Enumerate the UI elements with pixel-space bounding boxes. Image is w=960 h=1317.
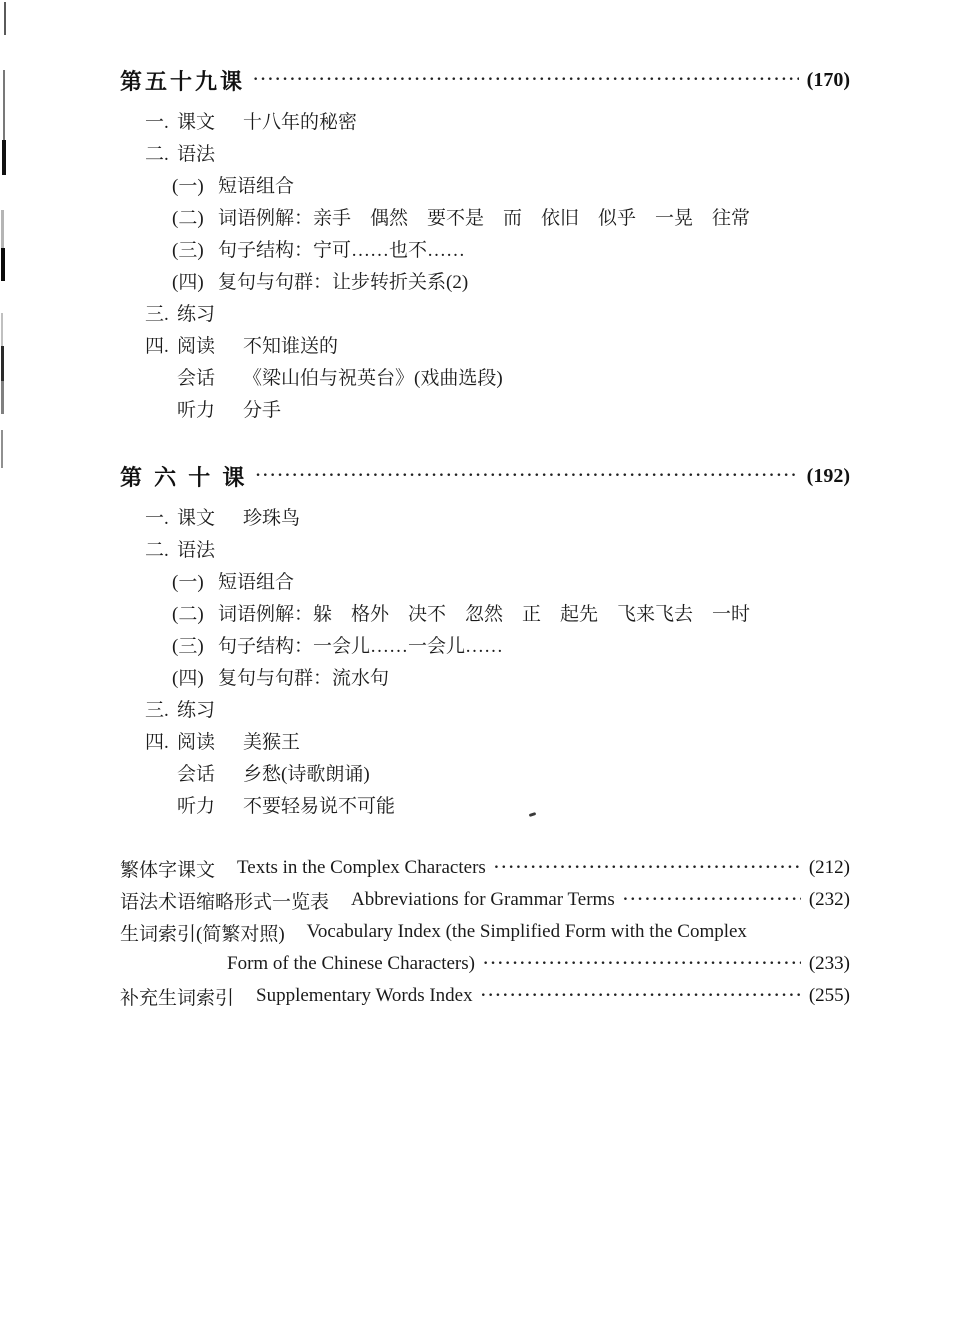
item-content: 十八年的秘密	[243, 107, 357, 134]
toc-item-text: 一.课文十八年的秘密	[120, 104, 850, 136]
toc-item-reading: 四.阅读不知谁送的	[120, 328, 850, 360]
item-content: 不要轻易说不可能	[243, 791, 395, 818]
scan-artifact	[1, 210, 4, 248]
item-label: 词语例解：躲 格外 决不 忽然 正 起先 飞来飞去 一时	[218, 599, 750, 626]
item-marker: 一.	[145, 107, 177, 134]
item-marker: 四.	[145, 331, 177, 358]
toc-item-text: 一.课文珍珠鸟	[120, 500, 850, 532]
entry-title-zh: 繁体字课文	[120, 855, 215, 882]
toc-item-grammar: 二.语法	[120, 136, 850, 168]
toc-subitem: (三)句子结构：宁可……也不……	[120, 232, 850, 264]
scan-artifact	[4, 2, 6, 35]
scan-artifact	[3, 70, 5, 140]
scan-artifact	[1, 346, 4, 381]
item-label: 短语组合	[218, 567, 294, 594]
toc-item-exercise: 三.练习	[120, 692, 850, 724]
item-marker: 四.	[145, 727, 177, 754]
entry-title-en: Form of the Chinese Characters)	[227, 953, 475, 975]
item-label: 会话	[177, 363, 215, 390]
item-label: 语法	[177, 535, 215, 562]
toc-item-reading: 四.阅读美猴王	[120, 724, 850, 756]
item-label: 复句与句群：流水句	[218, 663, 389, 690]
dot-leader: ········································…	[494, 852, 801, 884]
item-content: 分手	[243, 395, 281, 422]
entry-title-zh: 生词索引(简繁对照)	[120, 919, 285, 946]
page-number: (212)	[809, 857, 850, 879]
item-marker: 一.	[145, 503, 177, 530]
scan-artifact	[1, 313, 3, 346]
entry-title-en: Supplementary Words Index	[256, 985, 473, 1007]
lesson-title: 第五十九课	[120, 65, 245, 96]
dot-leader: ········································…	[623, 884, 801, 916]
page-number: (170)	[807, 69, 850, 92]
item-marker: 三.	[145, 695, 177, 722]
item-label: 练习	[177, 695, 215, 722]
item-marker: (一)	[172, 567, 218, 594]
scan-artifact	[2, 140, 6, 175]
backmatter-entry-abbreviations: 语法术语缩略形式一览表Abbreviations for Grammar Ter…	[120, 884, 850, 916]
item-content: 美猴王	[243, 727, 300, 754]
item-label: 句子结构：一会儿……一会儿……	[218, 631, 503, 658]
item-label: 句子结构：宁可……也不……	[218, 235, 465, 262]
backmatter-entry-vocab-index-line2: Form of the Chinese Characters) ········…	[120, 948, 850, 980]
entry-title-en: Vocabulary Index (the Simplified Form wi…	[307, 921, 747, 943]
toc-subitem: (二)词语例解：躲 格外 决不 忽然 正 起先 飞来飞去 一时	[120, 596, 850, 628]
item-label: 阅读	[177, 331, 215, 358]
toc-subitem: (二)词语例解：亲手 偶然 要不是 而 依旧 似乎 一晃 往常	[120, 200, 850, 232]
entry-title-zh: 补充生词索引	[120, 983, 234, 1010]
scan-artifact	[1, 430, 3, 468]
item-label: 听力	[177, 791, 215, 818]
item-marker: (三)	[172, 631, 218, 658]
item-label: 词语例解：亲手 偶然 要不是 而 依旧 似乎 一晃 往常	[218, 203, 750, 230]
entry-title-zh: 语法术语缩略形式一览表	[120, 887, 329, 914]
toc-item-exercise: 三.练习	[120, 296, 850, 328]
item-label: 课文	[177, 503, 215, 530]
scan-artifact	[1, 248, 5, 281]
dot-leader: ········································…	[483, 948, 801, 980]
toc-item-conversation: 会话乡愁(诗歌朗诵)	[120, 756, 850, 788]
page-number: (192)	[807, 465, 850, 488]
entry-title-en: Abbreviations for Grammar Terms	[351, 889, 615, 911]
item-marker: 三.	[145, 299, 177, 326]
page-number: (255)	[809, 985, 850, 1007]
toc-subitem: (一)短语组合	[120, 168, 850, 200]
lesson-60-heading: 第 六 十 课 ································…	[120, 460, 850, 492]
item-marker: (二)	[172, 203, 218, 230]
item-label: 会话	[177, 759, 215, 786]
item-content: 乡愁(诗歌朗诵)	[243, 759, 370, 786]
item-label: 阅读	[177, 727, 215, 754]
item-label: 课文	[177, 107, 215, 134]
toc-subitem: (四)复句与句群：流水句	[120, 660, 850, 692]
lesson-title: 第 六 十 课	[120, 461, 247, 492]
entry-title-en: Texts in the Complex Characters	[237, 857, 486, 879]
item-label: 语法	[177, 139, 215, 166]
item-label: 复句与句群：让步转折关系(2)	[218, 267, 468, 294]
page-number: (232)	[809, 889, 850, 911]
toc-item-grammar: 二.语法	[120, 532, 850, 564]
item-content: 珍珠鸟	[243, 503, 300, 530]
backmatter-entry-supplementary-words: 补充生词索引Supplementary Words Index ········…	[120, 980, 850, 1012]
toc-item-listening: 听力分手	[120, 392, 850, 424]
toc-subitem: (三)句子结构：一会儿……一会儿……	[120, 628, 850, 660]
item-label: 听力	[177, 395, 215, 422]
toc-subitem: (四)复句与句群：让步转折关系(2)	[120, 264, 850, 296]
toc-page: 第五十九课 ··································…	[120, 64, 850, 1012]
page-number: (233)	[809, 953, 850, 975]
toc-item-listening: 听力不要轻易说不可能	[120, 788, 850, 820]
toc-item-conversation: 会话《梁山伯与祝英台》(戏曲选段)	[120, 360, 850, 392]
dot-leader: ········································…	[255, 460, 798, 492]
dot-leader: ········································…	[481, 980, 801, 1012]
item-marker: (三)	[172, 235, 218, 262]
item-marker: 二.	[145, 139, 177, 166]
dot-leader: ········································…	[253, 64, 799, 96]
backmatter-entry-complex-texts: 繁体字课文Texts in the Complex Characters ···…	[120, 852, 850, 884]
item-label: 短语组合	[218, 171, 294, 198]
item-content: 《梁山伯与祝英台》(戏曲选段)	[243, 363, 503, 390]
item-marker: (一)	[172, 171, 218, 198]
item-marker: (四)	[172, 267, 218, 294]
backmatter-entry-vocab-index-line1: 生词索引(简繁对照)Vocabulary Index (the Simplifi…	[120, 916, 850, 948]
item-marker: 二.	[145, 535, 177, 562]
item-marker: (四)	[172, 663, 218, 690]
lesson-59-heading: 第五十九课 ··································…	[120, 64, 850, 96]
toc-subitem: (一)短语组合	[120, 564, 850, 596]
scan-artifact	[1, 381, 4, 414]
item-marker: (二)	[172, 599, 218, 626]
item-label: 练习	[177, 299, 215, 326]
item-content: 不知谁送的	[243, 331, 338, 358]
